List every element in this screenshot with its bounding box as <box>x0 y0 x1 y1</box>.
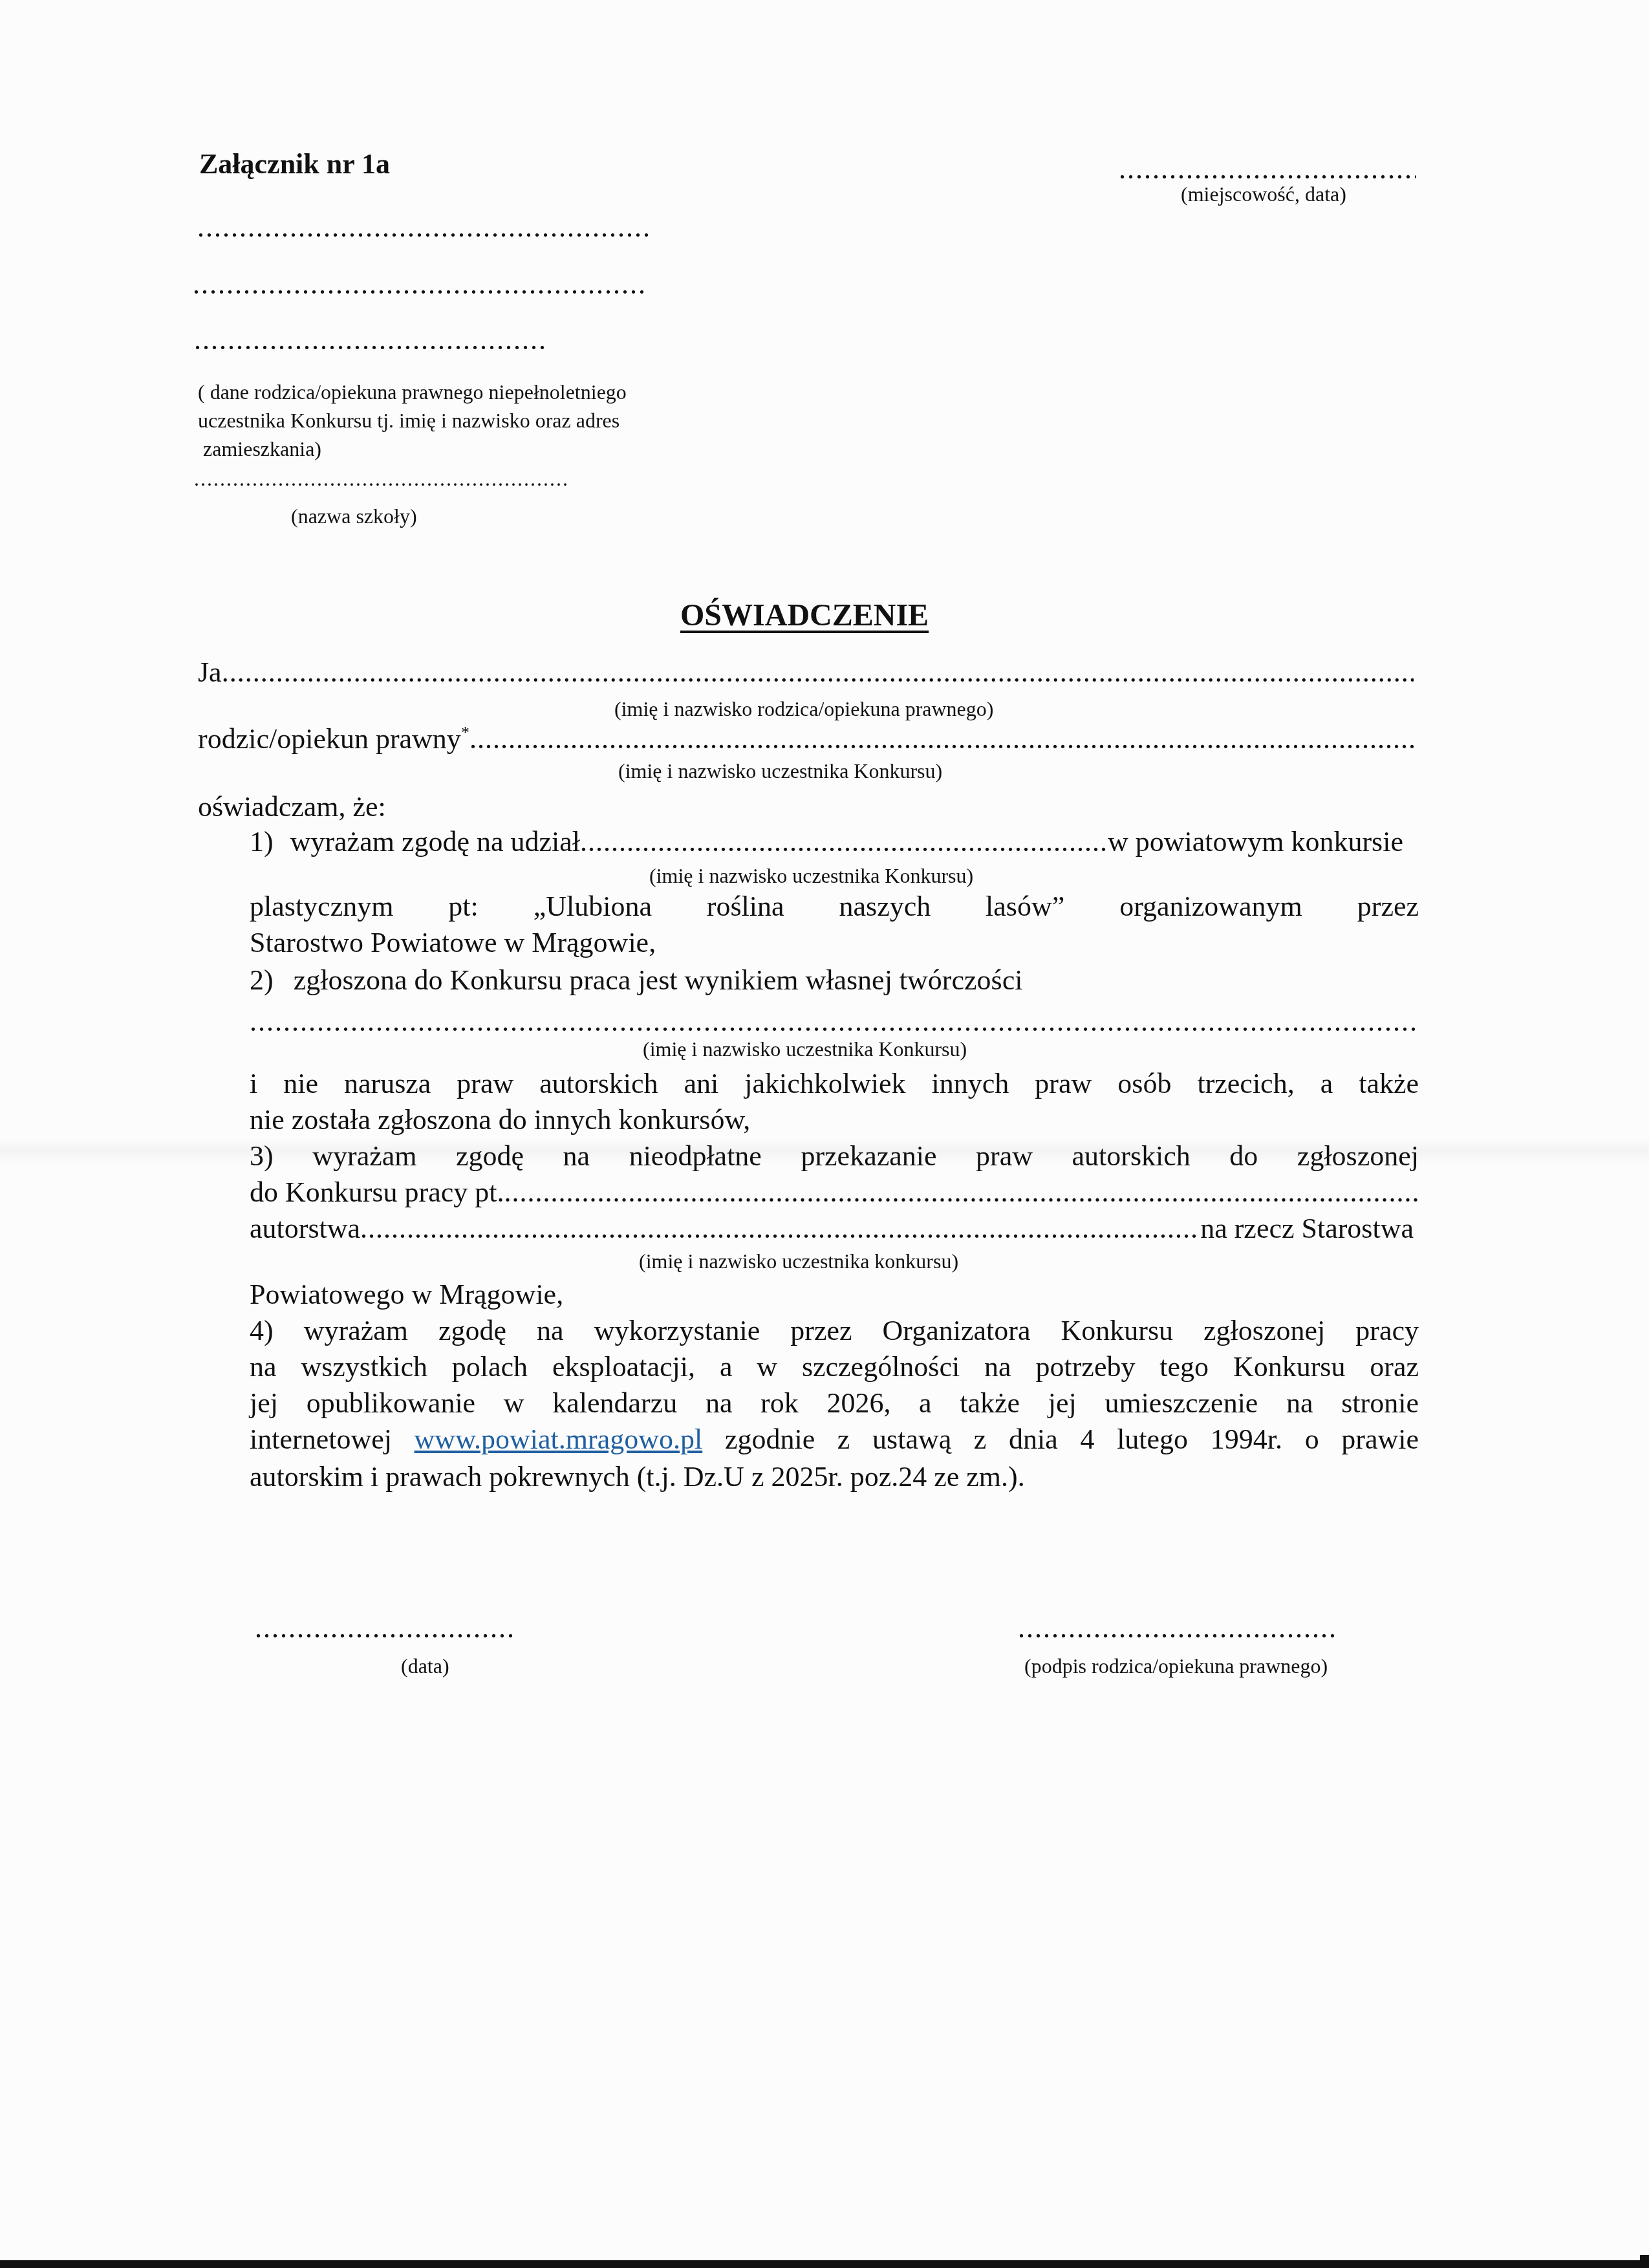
item-3-text: wyrażam zgodę na nieodpłatne przekazanie… <box>312 1140 1419 1172</box>
item-1-participant-field[interactable]: ........................................… <box>580 828 1108 856</box>
item-3-number: 3) <box>250 1140 274 1172</box>
item-4-number: 4) <box>250 1315 274 1346</box>
parent-data-label-line-2: uczestnika Konkursu tj. imię i nazwisko … <box>198 406 627 435</box>
item-4-text: wyrażam zgodę na wykorzystanie przez Org… <box>304 1315 1419 1346</box>
item-1-line-2: plastycznym pt: „Ulubiona roślina naszyc… <box>250 892 1419 921</box>
parent-name-line: Ja .....................................… <box>198 658 1414 687</box>
scan-bottom-edge <box>0 2260 1649 2268</box>
date-label: (data) <box>401 1654 449 1678</box>
item-4-line-1: 4) wyrażam zgodę na wykorzystanie przez … <box>250 1317 1419 1345</box>
item-4-line-3: jej opublikowanie w kalendarzu na rok 20… <box>250 1389 1419 1418</box>
parent-data-field-line-2[interactable]: ........................................… <box>193 270 645 299</box>
footnote-asterisk: * <box>461 723 469 742</box>
item-1-caption: (imię i nazwisko uczestnika Konkursu) <box>649 864 973 888</box>
ja-label: Ja <box>198 658 222 687</box>
item-2-line-3: nie została zgłoszona do innych konkursó… <box>250 1106 750 1134</box>
item-3-line-4: Powiatowego w Mrągowie, <box>250 1280 563 1309</box>
parent-data-label-line-3: zamieszkania) <box>198 435 627 463</box>
item-1-text: wyrażam zgodę na udział <box>290 828 580 856</box>
item-2-line-1: 2) zgłoszona do Konkursu praca jest wyni… <box>250 966 1022 995</box>
work-title-field[interactable]: ........................................… <box>504 1178 1419 1207</box>
scanned-page: Załącznik nr 1a ........................… <box>0 0 1649 2268</box>
item-1-number: 1) <box>250 828 274 856</box>
school-name-label: (nazwa szkoły) <box>291 504 417 528</box>
work-author-field[interactable]: ........................................… <box>360 1215 1200 1243</box>
parent-data-label: ( dane rodzica/opiekuna prawnego niepełn… <box>198 378 627 463</box>
item-2-number: 2) <box>250 964 274 996</box>
parent-name-field[interactable]: ........................................… <box>222 658 1414 687</box>
item-3-line-2: do Konkursu pracy pt. ..................… <box>250 1178 1419 1207</box>
item-3-line-3: autorstwa ..............................… <box>250 1215 1414 1243</box>
place-date-label: (miejscowość, data) <box>1181 182 1346 206</box>
participant-name-caption: (imię i nazwisko uczestnika Konkursu) <box>618 759 942 783</box>
item-3-title-label: do Konkursu pracy pt. <box>250 1178 504 1207</box>
item-1-line-1: 1) wyrażam zgodę na udział .............… <box>250 828 1403 856</box>
item-2-caption: (imię i nazwisko uczestnika Konkursu) <box>643 1037 967 1061</box>
item-4-line-2: na wszystkich polach eksploatacji, a w s… <box>250 1353 1419 1381</box>
item-3-caption: (imię i nazwisko uczestnika konkursu) <box>639 1249 958 1273</box>
item-1-line-3: Starostwo Powiatowe w Mrągowie, <box>250 929 656 957</box>
participant-name-field[interactable]: ........................................… <box>469 725 1414 753</box>
scan-corner-edge <box>1640 2255 1649 2268</box>
place-date-field[interactable]: .................................... <box>1119 155 1416 184</box>
declare-text: oświadczam, że: <box>198 793 386 821</box>
school-name-field[interactable]: ........................................… <box>194 467 673 491</box>
participant-name-line: rodzic/opiekun prawny* .................… <box>198 724 1414 753</box>
parent-data-field-line-3[interactable]: ........................................… <box>194 326 647 354</box>
signature-label: (podpis rodzica/opiekuna prawnego) <box>1024 1654 1328 1678</box>
item-2-participant-field[interactable]: ........................................… <box>250 1008 1419 1036</box>
parent-name-caption: (imię i nazwisko rodzica/opiekuna prawne… <box>614 697 993 721</box>
guardian-label-text: rodzic/opiekun prawny <box>198 723 461 755</box>
declaration-heading: OŚWIADCZENIE <box>680 598 929 633</box>
item-4-website-prefix: internetowej <box>250 1423 392 1455</box>
attachment-title: Załącznik nr 1a <box>199 147 390 180</box>
item-4-line-5: autorskim i prawach pokrewnych (t.j. Dz.… <box>250 1463 1025 1491</box>
item-2-text: zgłoszona do Konkursu praca jest wynikie… <box>294 964 1023 996</box>
parent-data-label-line-1: ( dane rodzica/opiekuna prawnego niepełn… <box>198 378 627 406</box>
guardian-label: rodzic/opiekun prawny* <box>198 724 469 753</box>
item-1-suffix: w powiatowym konkursie <box>1108 828 1403 856</box>
item-4-line-4: internetowej www.powiat.mragowo.pl zgodn… <box>250 1425 1419 1454</box>
item-3-suffix: na rzecz Starostwa <box>1200 1215 1414 1243</box>
item-4-website-suffix: zgodnie z ustawą z dnia 4 lutego 1994r. … <box>725 1423 1419 1455</box>
signature-field[interactable]: ...................................... <box>1018 1614 1419 1643</box>
powiat-website-link[interactable]: www.powiat.mragowo.pl <box>415 1423 703 1455</box>
item-2-line-2: i nie narusza praw autorskich ani jakich… <box>250 1070 1419 1098</box>
item-3-author-label: autorstwa <box>250 1215 360 1243</box>
parent-data-field-line-1[interactable]: ........................................… <box>197 213 650 242</box>
item-3-line-1: 3) wyrażam zgodę na nieodpłatne przekaza… <box>250 1142 1419 1171</box>
date-field[interactable]: ............................... <box>255 1614 598 1643</box>
